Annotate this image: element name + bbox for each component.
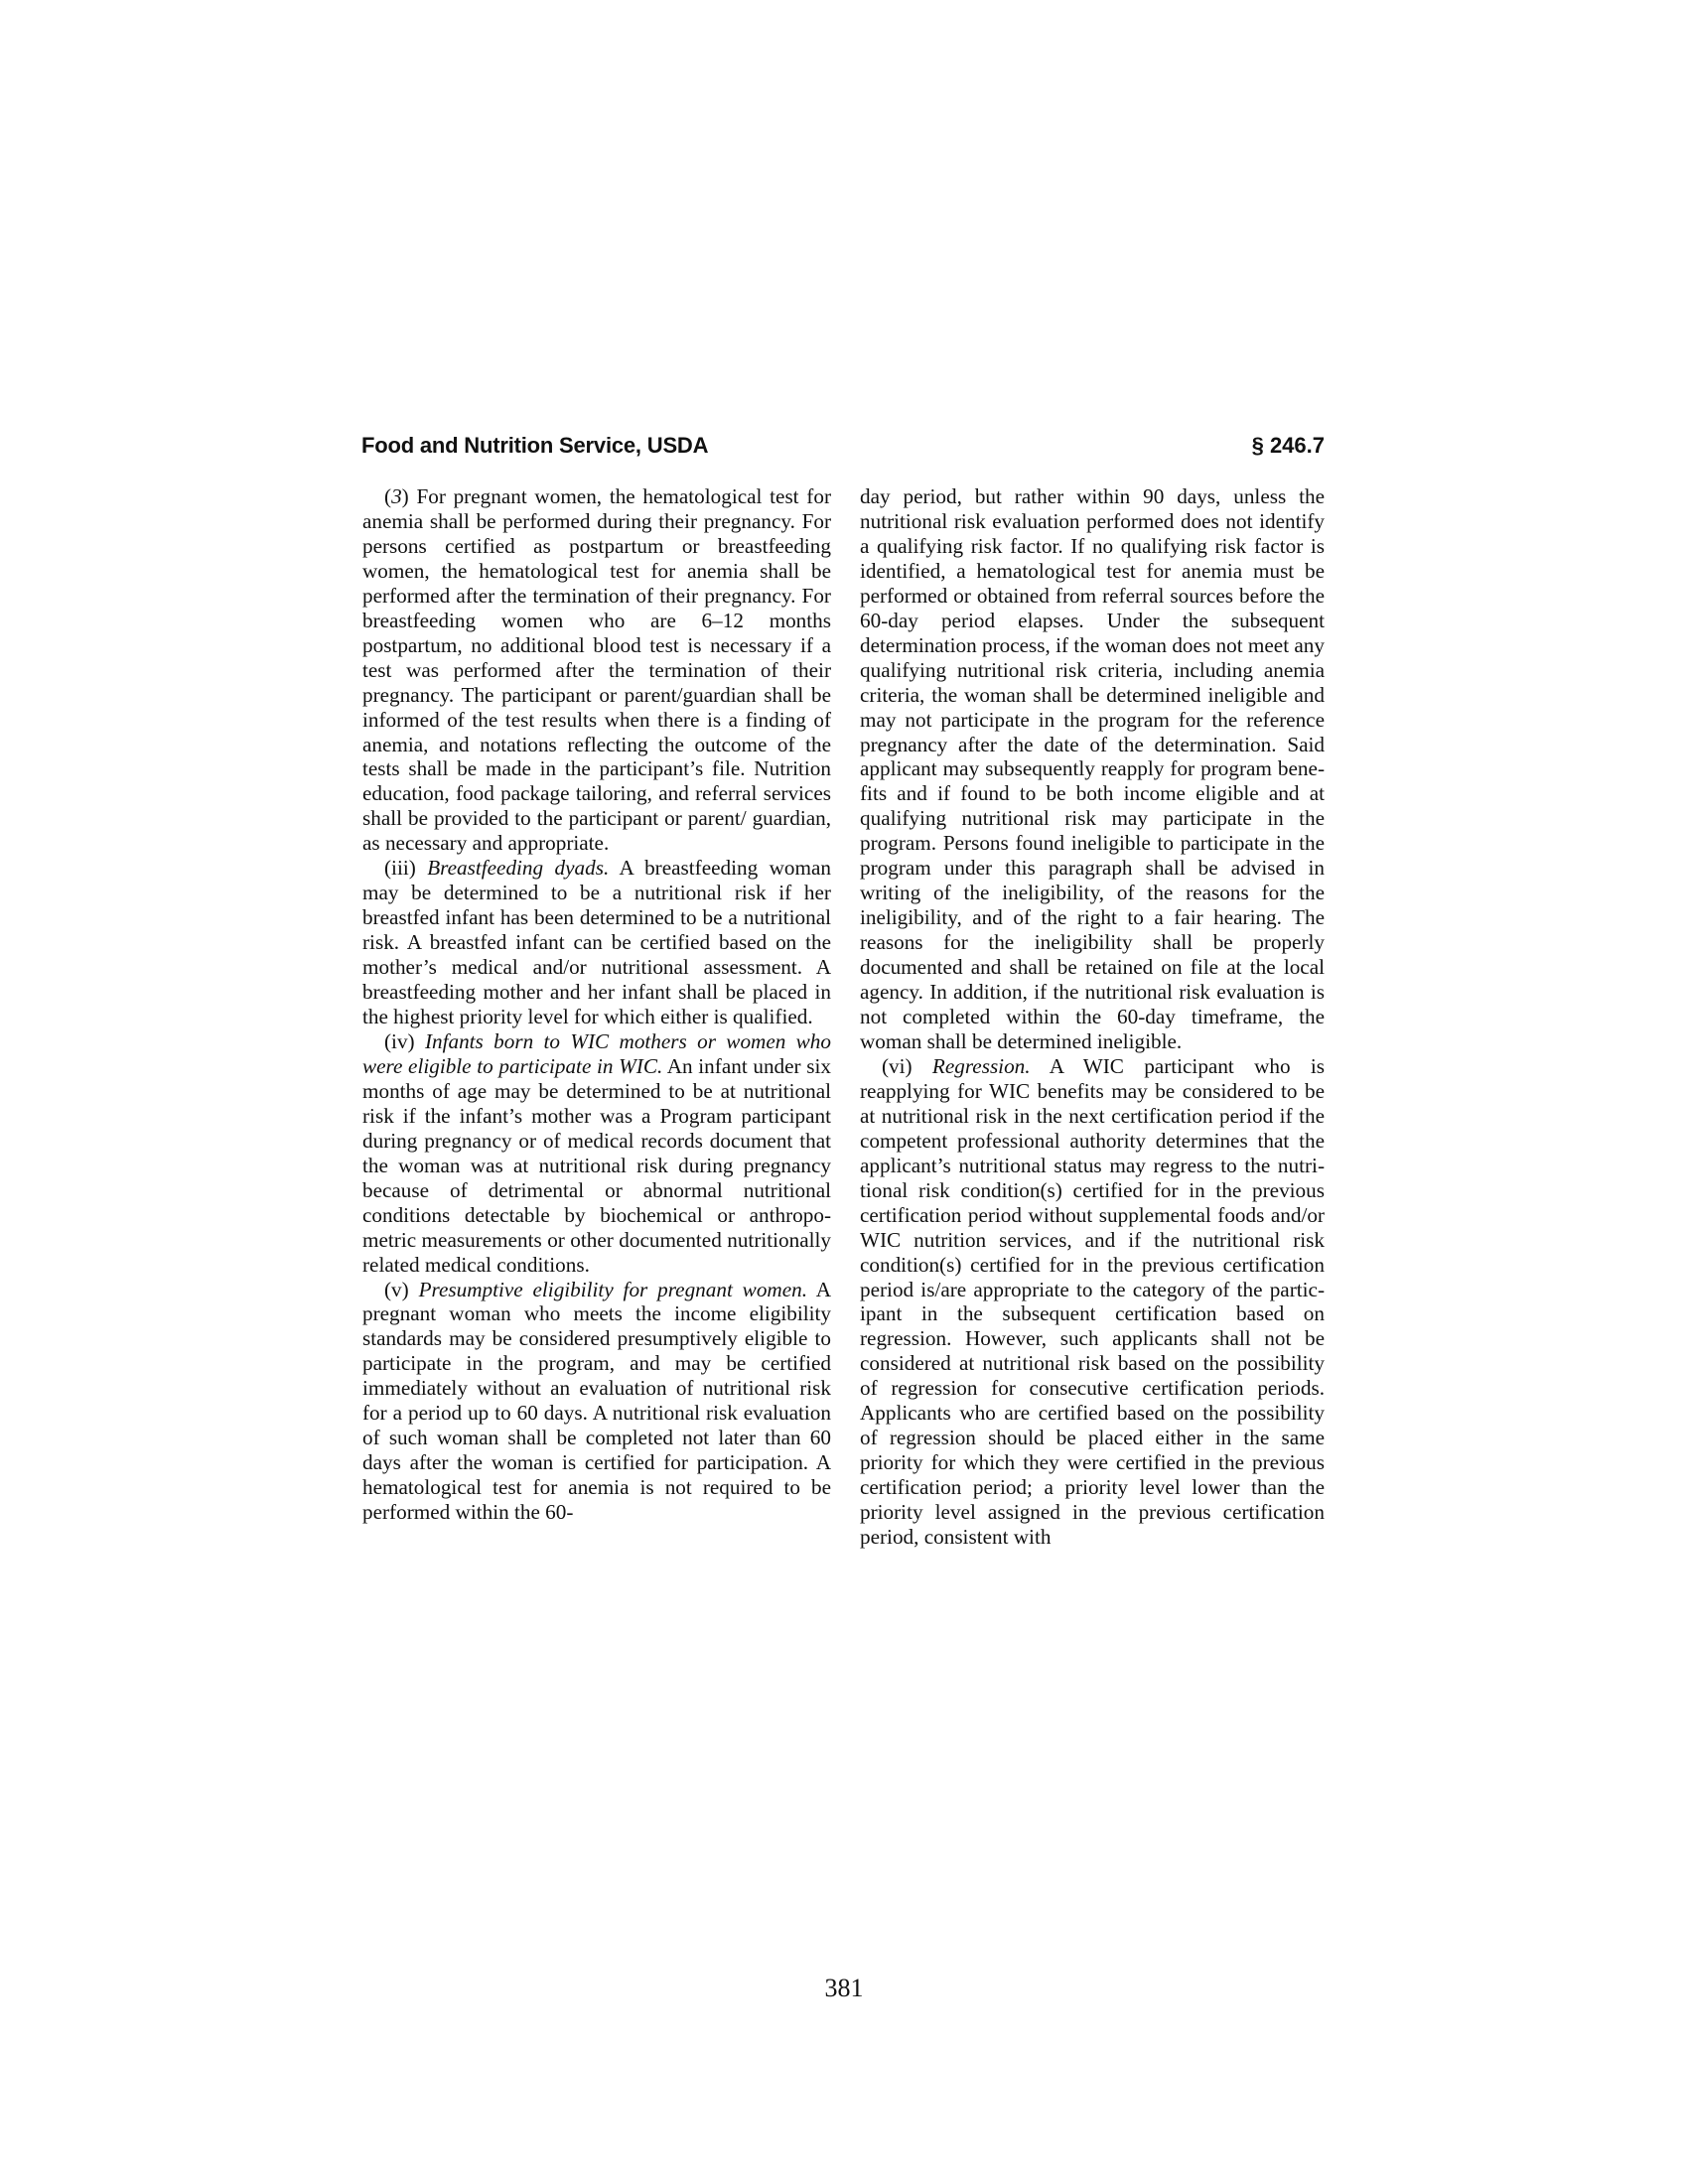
paragraph-label: (vi) [882, 1054, 913, 1078]
right-column: day period, but rather within 90 days, u… [860, 484, 1325, 1550]
left-column: (3) For pregnant women, the hematologica… [362, 484, 831, 1525]
running-header: Food and Nutrition Service, USDA § 246.7 [361, 433, 1325, 463]
paragraph-heading: Presumptive eligibility for pregnant wom… [419, 1278, 807, 1301]
paragraph-3: (3) For pregnant women, the hematologica… [362, 484, 831, 856]
paragraph-v-continued: day period, but rather within 90 days, u… [860, 484, 1325, 1054]
paragraph-vi: (vi) Regression. A WIC participant who i… [860, 1054, 1325, 1550]
paragraph-heading: Breastfeeding dyads. [427, 856, 609, 880]
paragraph-label: (iii) [384, 856, 416, 880]
paragraph-v: (v) Presumptive eligibility for pregnant… [362, 1278, 831, 1526]
paragraph-text: A WIC participant who is reapplying for … [860, 1054, 1325, 1549]
paragraph-label: (3) [384, 484, 409, 508]
paragraph-heading: Regression. [932, 1054, 1031, 1078]
paragraph-label: (v) [384, 1278, 409, 1301]
page-number: 381 [0, 1974, 1688, 2003]
paragraph-text: day period, but rather within 90 days, u… [860, 484, 1325, 1053]
paragraph-text: A pregnant woman who meets the income el… [362, 1278, 831, 1525]
header-section-number: § 246.7 [1252, 433, 1325, 459]
paragraph-text: A breastfeeding woman may be deter­mined… [362, 856, 831, 1028]
paragraph-iv: (iv) Infants born to WIC mothers or wome… [362, 1029, 831, 1278]
header-agency: Food and Nutrition Service, USDA [361, 433, 708, 459]
paragraph-text: For pregnant women, the hematological te… [362, 484, 831, 855]
paragraph-text: An infant under six months of age may be… [362, 1054, 831, 1277]
paragraph-iii: (iii) Breastfeeding dyads. A breastfeedi… [362, 856, 831, 1029]
paragraph-label: (iv) [384, 1029, 415, 1053]
